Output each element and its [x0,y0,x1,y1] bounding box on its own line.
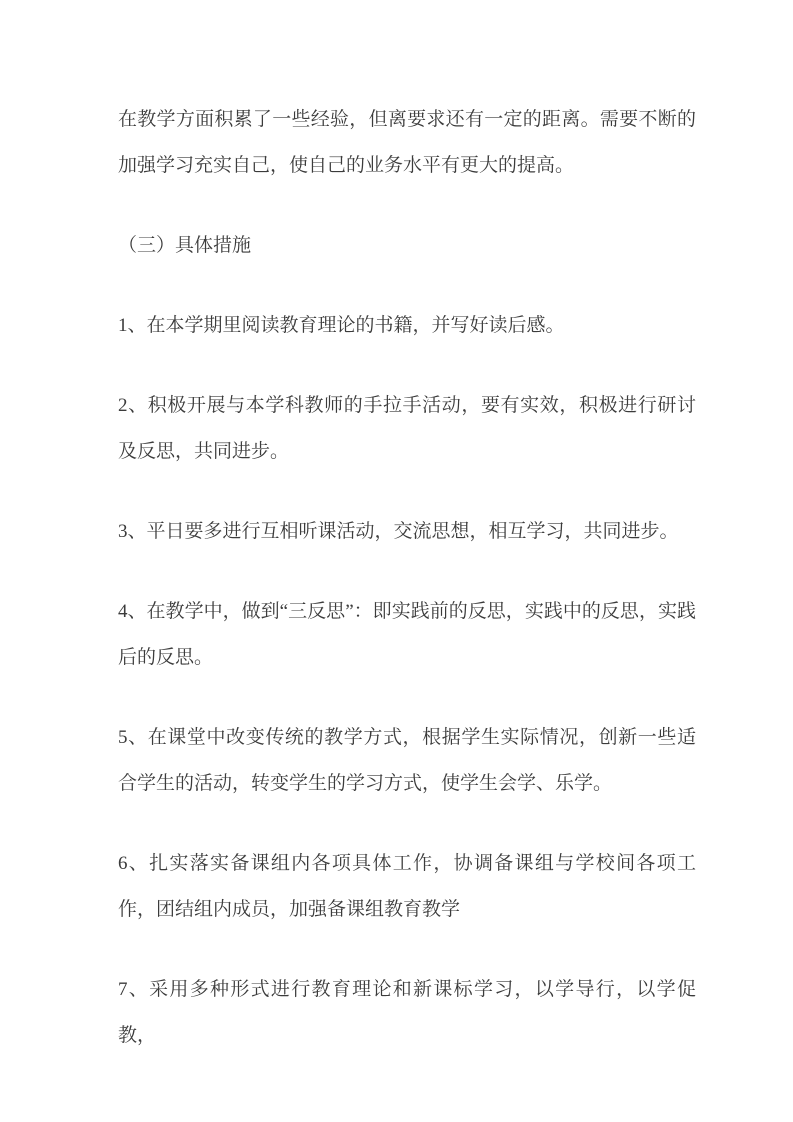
list-item-3: 3、平日要多进行互相听课活动，交流思想，相互学习，共同进步。 [118,509,696,555]
list-item-7: 7、采用多种形式进行教育理论和新课标学习，以学导行，以学促教， [118,967,696,1059]
list-item-5: 5、在课堂中改变传统的教学方式，根据学生实际情况，创新一些适合学生的活动，转变学… [118,715,696,807]
section-heading: （三）具体措施 [118,223,696,269]
list-item-2: 2、积极开展与本学科教师的手拉手活动，要有实效，积极进行研讨及反思，共同进步。 [118,383,696,475]
list-item-4: 4、在教学中，做到“三反思”：即实践前的反思，实践中的反思，实践后的反思。 [118,589,696,681]
list-item-6: 6、扎实落实备课组内各项具体工作，协调备课组与学校间各项工作，团结组内成员，加强… [118,841,696,933]
paragraph-intro: 在教学方面积累了一些经验，但离要求还有一定的距离。需要不断的加强学习充实自己，使… [118,97,696,189]
list-item-1: 1、在本学期里阅读教育理论的书籍，并写好读后感。 [118,303,696,349]
document-page: 在教学方面积累了一些经验，但离要求还有一定的距离。需要不断的加强学习充实自己，使… [0,0,793,1122]
document-body-text: 在教学方面积累了一些经验，但离要求还有一定的距离。需要不断的加强学习充实自己，使… [118,97,696,1059]
